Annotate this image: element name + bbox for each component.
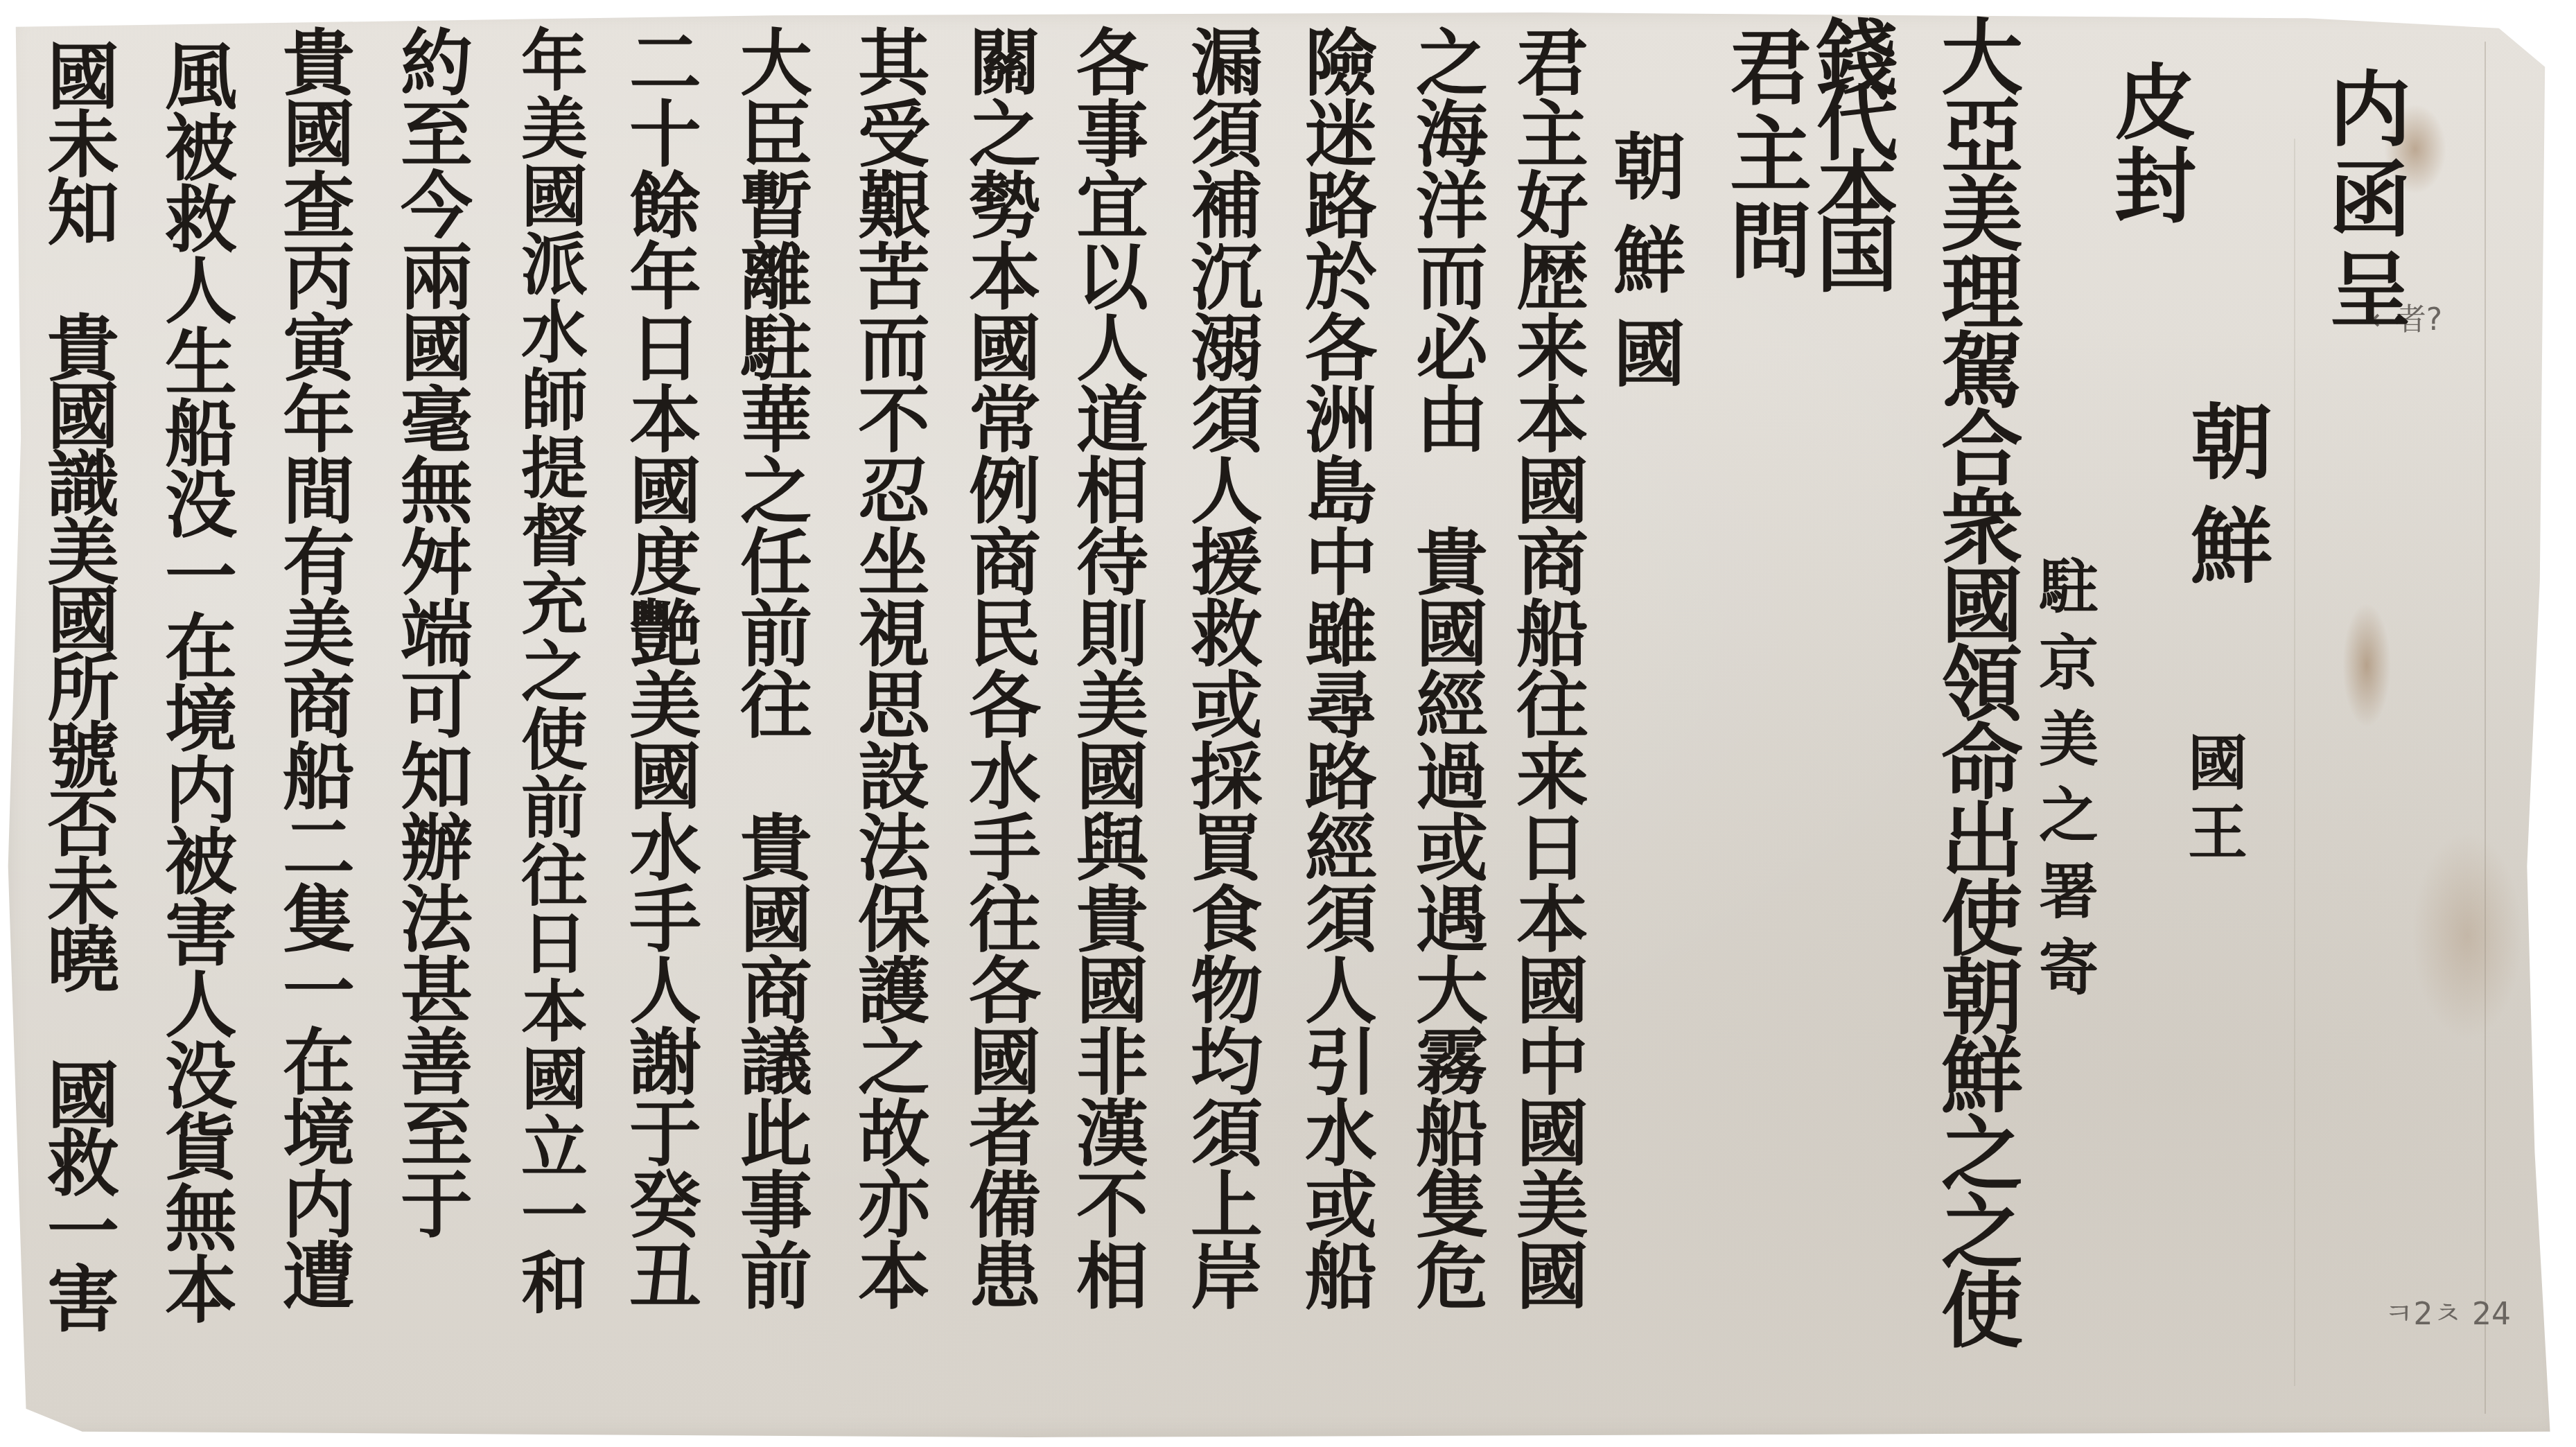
glyph: 寄	[2039, 939, 2099, 1015]
glyph: 于	[401, 1170, 473, 1241]
glyph: 往	[969, 884, 1041, 956]
glyph: 鮮	[1941, 1035, 2023, 1114]
glyph: 年	[521, 28, 588, 96]
glyph: 甚	[401, 956, 473, 1027]
glyph: 國	[47, 1060, 119, 1128]
glyph: 國	[47, 381, 119, 449]
glyph: 國	[1613, 319, 1685, 412]
glyph: 離	[740, 242, 812, 313]
text-column-c03: 駐京美之署寄	[2027, 558, 2110, 1015]
pencil-annotation-bottom: ㅋ2ㅊ 24	[2384, 1289, 2511, 1333]
glyph: 救	[1191, 599, 1263, 670]
glyph: 患	[969, 1241, 1041, 1313]
glyph: 之	[969, 99, 1041, 170]
glyph: 岸	[1191, 1241, 1263, 1313]
text-column-c19: 貴國查丙寅年間有美商船二隻一在境内遭	[277, 28, 360, 1313]
glyph: 與	[1076, 813, 1148, 884]
text-column-c16: 二十餘年日本國度艷美國水手人謝于癸丑	[624, 28, 707, 1313]
glyph: 在	[283, 1027, 355, 1098]
glyph: 識	[47, 449, 119, 517]
glyph: 保	[858, 884, 930, 956]
glyph: 鮮	[1613, 225, 1685, 319]
glyph: 非	[1076, 1027, 1148, 1098]
glyph: 路	[1305, 742, 1377, 813]
text-column-c10: 險迷路於各洲島中雖尋路經須人引水或船	[1299, 28, 1383, 1313]
glyph: 水	[629, 813, 701, 884]
glyph: 本	[629, 385, 701, 456]
glyph: 中	[1305, 527, 1377, 599]
glyph: 漏	[1191, 28, 1263, 99]
glyph: 前	[740, 1241, 812, 1313]
glyph: 美	[2039, 710, 2099, 787]
glyph: 忍	[858, 456, 930, 527]
glyph: 道	[1076, 385, 1148, 456]
glyph: 和	[521, 1250, 588, 1318]
glyph: 或	[1305, 1170, 1377, 1241]
glyph: 法	[858, 813, 930, 884]
glyph: 謝	[629, 1027, 701, 1098]
glyph: 沉	[1191, 242, 1263, 313]
glyph: 貴	[740, 813, 812, 884]
glyph: 國	[740, 884, 812, 956]
glyph: 呈	[2329, 249, 2411, 340]
glyph: 間	[283, 456, 355, 527]
text-column-c06: 君主問	[1729, 28, 1812, 288]
glyph: 二	[629, 28, 701, 99]
glyph: 護	[858, 956, 930, 1027]
glyph: 國	[283, 99, 355, 170]
glyph: 人	[1076, 313, 1148, 385]
glyph: 亦	[858, 1170, 930, 1241]
glyph: 民	[969, 599, 1041, 670]
glyph: 均	[1191, 1027, 1263, 1098]
glyph: 而	[858, 313, 930, 385]
glyph: 危	[1416, 1241, 1488, 1313]
glyph: 於	[1305, 242, 1377, 313]
glyph: 来	[1516, 742, 1588, 813]
glyph: 可	[401, 670, 473, 742]
glyph: 之	[1941, 1192, 2023, 1270]
glyph: 之	[2039, 787, 2099, 863]
glyph: 海	[1416, 99, 1488, 170]
paper-crease	[2485, 42, 2486, 1414]
glyph: 出	[1941, 800, 2023, 879]
glyph: 皮	[2114, 62, 2196, 146]
glyph: 議	[740, 1027, 812, 1098]
glyph: 國	[1416, 599, 1488, 670]
glyph: 使	[1941, 879, 2023, 957]
glyph: 丙	[283, 242, 355, 313]
glyph: 船	[165, 398, 237, 470]
glyph: 勢	[969, 170, 1041, 242]
glyph: 使	[521, 707, 588, 775]
glyph: 遇	[1416, 884, 1488, 956]
glyph: 暫	[740, 170, 812, 242]
glyph: 派	[521, 231, 588, 299]
glyph: 溺	[1191, 313, 1263, 385]
glyph: 路	[1305, 170, 1377, 242]
glyph: 没	[165, 470, 237, 541]
glyph: 没	[165, 1041, 237, 1112]
glyph: 臣	[740, 99, 812, 170]
glyph: 駐	[2039, 558, 2099, 634]
glyph: 須	[1191, 99, 1263, 170]
glyph: 兩	[401, 242, 473, 313]
glyph: 京	[2039, 634, 2099, 710]
glyph: 好	[1516, 170, 1588, 242]
glyph: 今	[401, 170, 473, 242]
glyph: 生	[165, 327, 237, 398]
glyph: 相	[1076, 1241, 1148, 1313]
glyph: 日	[1516, 813, 1588, 884]
glyph: 則	[1076, 599, 1148, 670]
text-column-c05: 錢代本国	[1816, 17, 1899, 281]
glyph: 而	[1416, 242, 1488, 313]
glyph: 問	[1730, 201, 1812, 288]
glyph: 國	[47, 585, 119, 653]
glyph: 餘	[629, 170, 701, 242]
glyph: 師	[521, 367, 588, 435]
text-column-c18: 約至今兩國毫無舛端可知辦法甚善至于	[395, 28, 478, 1241]
glyph: 食	[1191, 884, 1263, 956]
glyph: 之	[740, 456, 812, 527]
glyph: 國	[969, 1027, 1041, 1098]
glyph: 所	[47, 653, 119, 721]
glyph: 國	[1076, 956, 1148, 1027]
glyph: 法	[401, 884, 473, 956]
glyph: 美	[1076, 670, 1148, 742]
glyph: 備	[969, 1170, 1041, 1241]
text-column-c17: 年美國派水師提督充之使前往日本國立一和	[513, 28, 596, 1318]
glyph: 一	[47, 1196, 119, 1264]
glyph: 號	[47, 721, 119, 789]
glyph: 美	[47, 517, 119, 585]
glyph: 命	[1941, 722, 2023, 800]
glyph: 至	[401, 1098, 473, 1170]
glyph: 本	[969, 242, 1041, 313]
glyph: 視	[858, 599, 930, 670]
glyph: 知	[47, 177, 119, 245]
glyph: 船	[1416, 1098, 1488, 1170]
text-column-c07: 朝鮮國	[1608, 132, 1691, 412]
glyph: 駕	[1941, 331, 2023, 409]
glyph: 知	[401, 742, 473, 813]
glyph: 關	[969, 28, 1041, 99]
glyph: 補	[1191, 170, 1263, 242]
glyph: 過	[1416, 742, 1488, 813]
glyph: 人	[629, 956, 701, 1027]
glyph: 國	[521, 1046, 588, 1114]
text-column-c21: 國未知貴國識美國所號否未曉國救一害	[42, 42, 125, 1332]
glyph: 人	[1191, 456, 1263, 527]
glyph: 端	[401, 599, 473, 670]
glyph: 國	[1516, 456, 1588, 527]
glyph: 相	[1076, 456, 1148, 527]
glyph: 設	[858, 742, 930, 813]
glyph: 國	[1516, 1098, 1588, 1170]
glyph: 前	[740, 599, 812, 670]
text-column-c12: 各事宜以人道相待則美國與貴國非漢不相	[1071, 28, 1154, 1313]
glyph: 者	[969, 1098, 1041, 1170]
glyph: 来	[1516, 313, 1588, 385]
glyph: 否	[47, 789, 119, 857]
glyph: 霧	[1416, 1027, 1488, 1098]
glyph: 日	[629, 313, 701, 385]
glyph: 手	[969, 813, 1041, 884]
glyph: 毫	[401, 385, 473, 456]
glyph: 美	[1941, 174, 2023, 252]
glyph: 船	[283, 742, 355, 813]
glyph: 亞	[1941, 96, 2023, 174]
text-column-c13: 關之勢本國常例商民各水手往各國者備患	[963, 28, 1046, 1313]
glyph: 救	[47, 1128, 119, 1196]
glyph: 故	[858, 1098, 930, 1170]
glyph: 癸	[629, 1170, 701, 1241]
glyph: 不	[1076, 1170, 1148, 1241]
glyph: 二	[283, 813, 355, 884]
glyph: 島	[1305, 456, 1377, 527]
glyph: 提	[521, 435, 588, 503]
glyph: 本	[521, 979, 588, 1046]
glyph: 各	[1076, 28, 1148, 99]
glyph: 領	[1941, 644, 2023, 722]
glyph: 漢	[1076, 1098, 1148, 1170]
text-column-c15: 大臣暫離駐華之任前往貴國商議此事前	[735, 28, 818, 1313]
glyph: 不	[858, 385, 930, 456]
glyph: 貴	[1416, 527, 1488, 599]
glyph: 貴	[47, 313, 119, 381]
glyph: 一	[165, 541, 237, 613]
glyph: 國	[401, 313, 473, 385]
glyph: 常	[969, 385, 1041, 456]
glyph: 本	[1516, 884, 1588, 956]
glyph: 往	[521, 843, 588, 911]
glyph: 國	[1516, 1241, 1588, 1313]
glyph: 以	[1076, 242, 1148, 313]
paper-crease	[2294, 139, 2295, 1386]
glyph: 船	[1516, 599, 1588, 670]
glyph: 艱	[858, 170, 930, 242]
glyph: 或	[1416, 813, 1488, 884]
glyph: 一	[283, 956, 355, 1027]
glyph: 有	[283, 527, 355, 599]
glyph: 之	[1416, 28, 1488, 99]
glyph: 風	[165, 42, 237, 113]
glyph: 採	[1191, 742, 1263, 813]
glyph: 手	[629, 884, 701, 956]
glyph: 主	[1730, 114, 1812, 201]
glyph: 往	[1516, 670, 1588, 742]
glyph: 此	[740, 1098, 812, 1170]
glyph: 國	[521, 164, 588, 231]
glyph: 隻	[1416, 1170, 1488, 1241]
glyph: 美	[283, 599, 355, 670]
glyph: 主	[1516, 99, 1588, 170]
glyph: 十	[629, 99, 701, 170]
glyph: 由	[1416, 385, 1488, 456]
glyph: 朝	[1613, 132, 1685, 225]
glyph: 商	[740, 956, 812, 1027]
text-column-c11: 漏須補沉溺須人援救或採買食物均須上岸	[1185, 28, 1268, 1313]
glyph: 任	[740, 527, 812, 599]
glyph: 宜	[1076, 170, 1148, 242]
glyph: 往	[740, 670, 812, 742]
glyph: 上	[1191, 1170, 1263, 1241]
glyph: 無	[165, 1184, 237, 1255]
glyph: 約	[401, 28, 473, 99]
glyph: 理	[1941, 252, 2023, 331]
glyph: 使	[1941, 1270, 2023, 1349]
glyph: 洲	[1305, 385, 1377, 456]
glyph: 内	[165, 755, 237, 827]
glyph: 須	[1191, 1098, 1263, 1170]
glyph: 國	[1516, 956, 1588, 1027]
glyph: 函	[2329, 159, 2411, 249]
text-column-c14: 其受艱苦而不忍坐視思設法保護之故亦本	[852, 28, 936, 1313]
glyph: 本	[858, 1241, 930, 1313]
glyph: 辦	[401, 813, 473, 884]
glyph: 洋	[1416, 170, 1488, 242]
glyph: 年	[629, 242, 701, 313]
glyph: 未	[47, 857, 119, 924]
glyph: 商	[283, 670, 355, 742]
glyph: 必	[1416, 313, 1488, 385]
glyph: 合	[1941, 409, 2023, 487]
glyph: 未	[47, 109, 119, 177]
glyph: 代	[1816, 83, 1898, 149]
glyph: 鮮	[2191, 506, 2272, 610]
glyph: 人	[165, 970, 237, 1041]
text-column-c01b: 朝鮮	[2190, 402, 2273, 610]
glyph: 險	[1305, 28, 1377, 99]
glyph: 船	[1305, 1241, 1377, 1313]
glyph: 日	[521, 911, 588, 979]
glyph: 在	[165, 613, 237, 684]
glyph: 國	[1941, 565, 2023, 644]
glyph: 人	[1305, 956, 1377, 1027]
text-column-c09: 之海洋而必由貴國經過或遇大霧船隻危	[1410, 28, 1493, 1313]
glyph: 君	[1730, 28, 1812, 114]
glyph: 之	[858, 1027, 930, 1098]
glyph: 各	[1305, 313, 1377, 385]
glyph: 華	[740, 385, 812, 456]
glyph: 事	[1076, 99, 1148, 170]
glyph: 本	[1516, 385, 1588, 456]
glyph: 或	[1191, 670, 1263, 742]
glyph: 大	[1416, 956, 1488, 1027]
glyph: 遭	[283, 1241, 355, 1313]
glyph: 國	[629, 742, 701, 813]
glyph: 衆	[1941, 487, 2023, 565]
glyph: 國	[969, 313, 1041, 385]
glyph: 美	[521, 96, 588, 164]
glyph: 迷	[1305, 99, 1377, 170]
glyph: 須	[1305, 884, 1377, 956]
glyph: 国	[1816, 215, 1898, 281]
glyph: 商	[1516, 527, 1588, 599]
glyph: 苦	[858, 242, 930, 313]
glyph: 君	[1516, 28, 1588, 99]
glyph: 例	[969, 456, 1041, 527]
glyph: 前	[521, 775, 588, 843]
glyph: 王	[2188, 804, 2248, 873]
glyph: 商	[969, 527, 1041, 599]
glyph: 被	[165, 827, 237, 898]
glyph: 水	[521, 299, 588, 367]
glyph: 曉	[47, 924, 119, 992]
glyph: 坐	[858, 527, 930, 599]
glyph: 國	[1076, 742, 1148, 813]
glyph: 雖	[1305, 599, 1377, 670]
glyph: 舛	[401, 527, 473, 599]
glyph: 本	[1816, 149, 1898, 215]
glyph: 尋	[1305, 670, 1377, 742]
glyph: 無	[401, 456, 473, 527]
glyph: 美	[1516, 1170, 1588, 1241]
text-column-c04: 大亞美理駕合衆國領命出使朝鮮之之使	[1940, 17, 2024, 1349]
glyph: 經	[1416, 670, 1488, 742]
text-column-c08: 君主好歴来本國商船往来日本國中國美國	[1511, 28, 1594, 1313]
glyph: 水	[969, 742, 1041, 813]
glyph: 中	[1516, 1027, 1588, 1098]
text-column-c01c: 國王	[2176, 735, 2259, 873]
glyph: 内	[283, 1170, 355, 1241]
glyph: 之	[1941, 1114, 2023, 1192]
glyph: 買	[1191, 813, 1263, 884]
glyph: 錢	[1816, 17, 1898, 83]
glyph: 貴	[1076, 884, 1148, 956]
glyph: 物	[1191, 956, 1263, 1027]
glyph: 本	[165, 1255, 237, 1326]
glyph: 其	[858, 28, 930, 99]
glyph: 援	[1191, 527, 1263, 599]
glyph: 隻	[283, 884, 355, 956]
glyph: 充	[521, 571, 588, 639]
glyph: 督	[521, 503, 588, 571]
glyph: 事	[740, 1170, 812, 1241]
glyph: 各	[969, 670, 1041, 742]
glyph: 水	[1305, 1098, 1377, 1170]
glyph: 須	[1191, 385, 1263, 456]
glyph: 駐	[740, 313, 812, 385]
glyph: 經	[1305, 813, 1377, 884]
glyph: 善	[401, 1027, 473, 1098]
text-column-c20: 風被救人生船没一在境内被害人没貨無本	[159, 42, 243, 1326]
glyph: 至	[401, 99, 473, 170]
glyph: 國	[2188, 735, 2248, 804]
glyph: 度	[629, 527, 701, 599]
glyph: 救	[165, 184, 237, 256]
glyph: 害	[165, 898, 237, 970]
glyph: 境	[283, 1098, 355, 1170]
glyph: 年	[283, 385, 355, 456]
glyph: 朝	[1941, 957, 2023, 1035]
text-column-c01: 内函呈	[2329, 69, 2412, 340]
glyph: 各	[969, 956, 1041, 1027]
glyph: 美	[629, 670, 701, 742]
glyph: 大	[1941, 17, 2023, 96]
glyph: 于	[629, 1098, 701, 1170]
glyph: 受	[858, 99, 930, 170]
glyph: 人	[165, 256, 237, 327]
glyph: 朝	[2191, 402, 2272, 506]
glyph: 歴	[1516, 242, 1588, 313]
glyph: 被	[165, 113, 237, 184]
glyph: 寅	[283, 313, 355, 385]
glyph: 害	[47, 1264, 119, 1332]
glyph: 艷	[629, 599, 701, 670]
glyph: 一	[521, 1182, 588, 1250]
